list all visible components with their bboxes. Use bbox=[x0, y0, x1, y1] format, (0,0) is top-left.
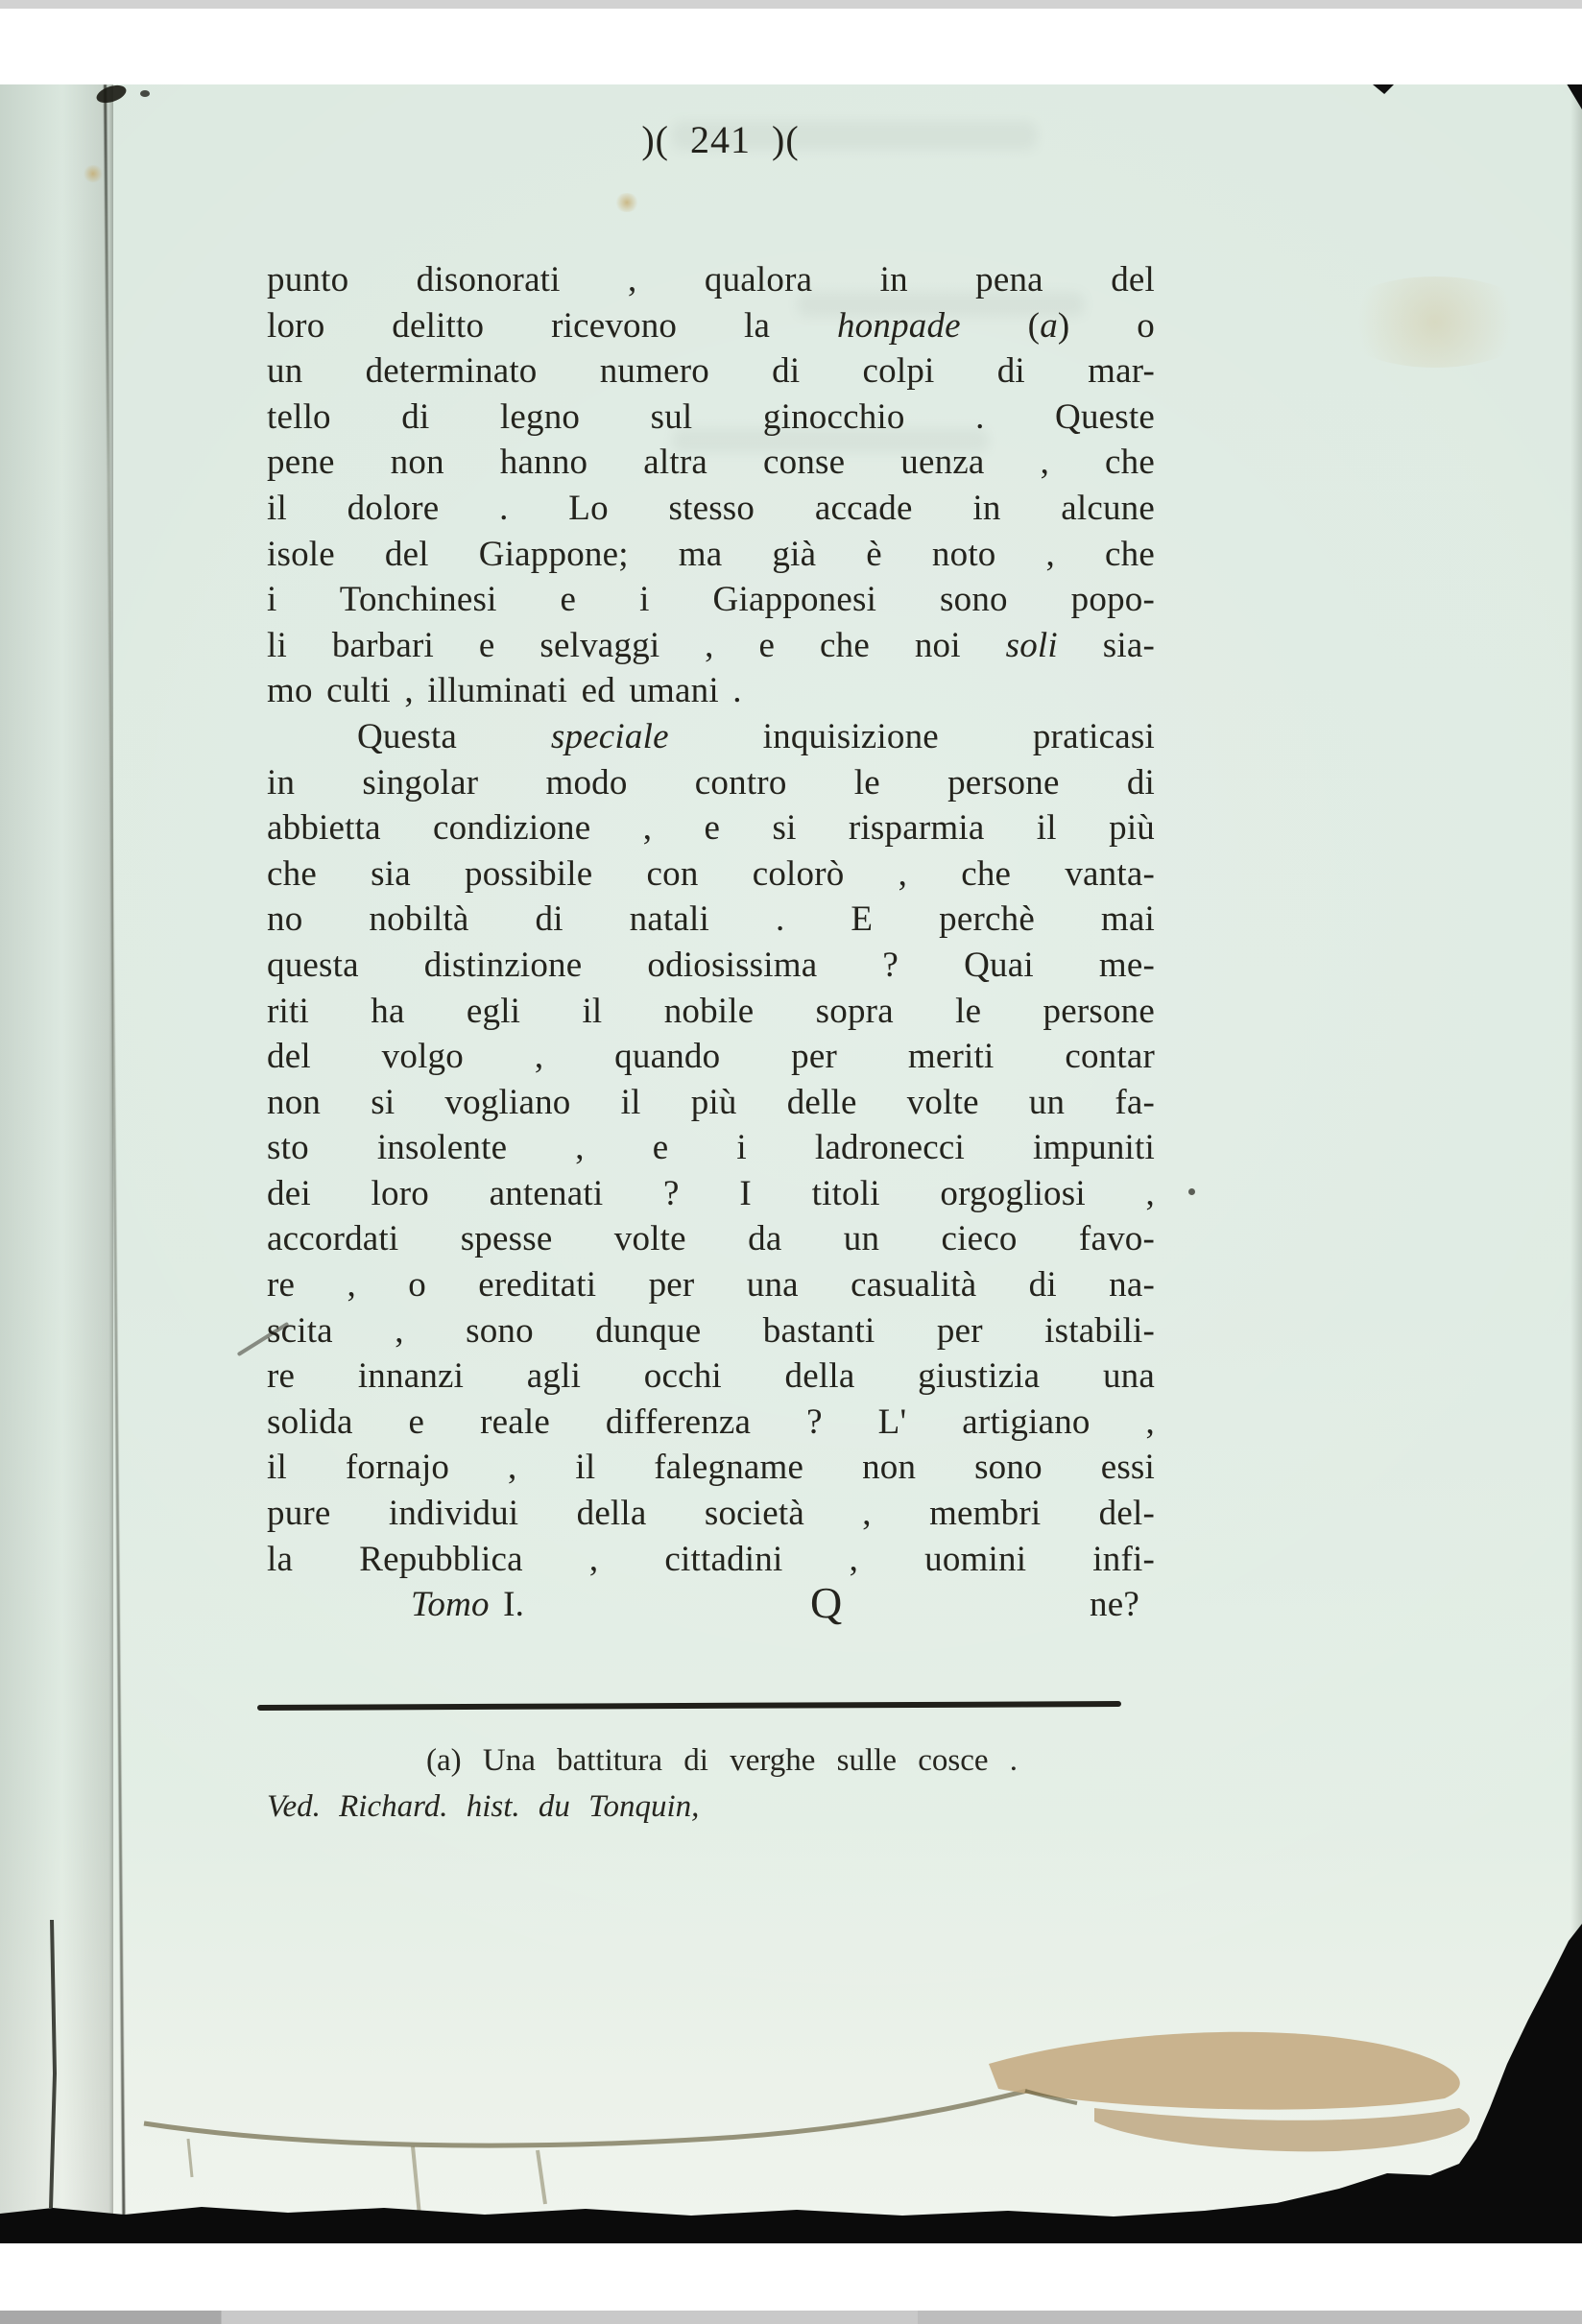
text-line: in singolar modo contro le persone di bbox=[267, 760, 1155, 806]
book-page-scan: )(241)( punto disonorati , qualora in pe… bbox=[0, 84, 1582, 2243]
white-margin-bottom bbox=[0, 2243, 1582, 2311]
damp-stain-line bbox=[144, 2091, 1027, 2145]
body-text-block: punto disonorati , qualora in pena dello… bbox=[267, 257, 1155, 1628]
bottom-crease-line bbox=[51, 1920, 55, 2208]
text-line: isole del Giappone; ma già è noto , che bbox=[267, 532, 1155, 578]
stray-ink-dot bbox=[1188, 1188, 1195, 1195]
text-line: re innanzi agli occhi della giustizia un… bbox=[267, 1354, 1155, 1400]
page-number: 241 bbox=[690, 118, 751, 161]
text-line: questa distinzione odiosissima ? Quai me… bbox=[267, 943, 1155, 989]
footnote-rule bbox=[257, 1701, 1121, 1711]
text-line: tello di legno sul ginocchio . Queste bbox=[267, 395, 1155, 441]
text-line: no nobiltà di natali . E perchè mai bbox=[267, 897, 1155, 943]
stain-drip bbox=[413, 2146, 419, 2216]
scan-border-top bbox=[0, 0, 1582, 9]
text-line: il dolore . Lo stesso accade in alcune bbox=[267, 486, 1155, 532]
paper-stain bbox=[614, 193, 639, 212]
header-left-mark: )( bbox=[641, 118, 669, 161]
text-line: abbietta condizione , e si risparmia il … bbox=[267, 805, 1155, 851]
header-right-mark: )( bbox=[772, 118, 800, 161]
text-line: il fornajo , il falegname non sono essi bbox=[267, 1445, 1155, 1491]
text-line: riti ha egli il nobile sopra le persone bbox=[267, 989, 1155, 1035]
scan-border-bottom bbox=[0, 2311, 1582, 2324]
catchword: ne? bbox=[1090, 1582, 1139, 1628]
text-line: la Repubblica , cittadini , uomini infi- bbox=[267, 1537, 1155, 1583]
ink-smudge bbox=[140, 90, 150, 97]
screenshot-root: { "page": { "header": { "left_mark": ")(… bbox=[0, 0, 1582, 2324]
text-line: solida e reale differenza ? L' artigiano… bbox=[267, 1400, 1155, 1446]
text-line: mo culti , illuminati ed umani . bbox=[267, 668, 1155, 714]
page-number-header: )(241)( bbox=[276, 117, 1164, 162]
text-line: che sia possibile con colorò , che vanta… bbox=[267, 851, 1155, 898]
text-line: scita , sono dunque bastanti per istabil… bbox=[267, 1308, 1155, 1354]
gathering-mark: Q bbox=[810, 1580, 842, 1626]
text-line: pene non hanno altra conse uenza , che bbox=[267, 440, 1155, 486]
footnote-block: (a) Una battitura di verghe sulle cosce … bbox=[267, 1737, 1155, 1830]
stain-drip bbox=[538, 2150, 545, 2204]
text-line: dei loro antenati ? I titoli orgogliosi … bbox=[267, 1171, 1155, 1217]
signature-line: Tomo I. Q ne? bbox=[267, 1582, 1155, 1628]
stain-drip bbox=[188, 2139, 192, 2177]
text-line: un determinato numero di colpi di mar- bbox=[267, 348, 1155, 395]
paper-stain bbox=[83, 165, 104, 182]
page-bottom-stains-and-tear bbox=[0, 1920, 1582, 2243]
text-line: re , o ereditati per una casualità di na… bbox=[267, 1262, 1155, 1308]
lines-container: punto disonorati , qualora in pena dello… bbox=[267, 257, 1155, 1582]
volume-label: Tomo I. bbox=[411, 1582, 524, 1628]
text-line: li barbari e selvaggi , e che noi soli s… bbox=[267, 623, 1155, 669]
text-line: punto disonorati , qualora in pena del bbox=[267, 257, 1155, 303]
text-line: i Tonchinesi e i Giapponesi sono popo- bbox=[267, 577, 1155, 623]
text-line: Questa speciale inquisizione praticasi bbox=[267, 714, 1155, 760]
curled-edge-stain bbox=[1094, 2108, 1470, 2151]
footnote-line: (a) Una battitura di verghe sulle cosce … bbox=[267, 1737, 1155, 1784]
page-edge-notch bbox=[1373, 84, 1394, 94]
text-line: accordati spesse volte da un cieco favo- bbox=[267, 1216, 1155, 1262]
text-line: sto insolente , e i ladronecci impuniti bbox=[267, 1125, 1155, 1171]
footnote-line: Ved. Richard. hist. du Tonquin, bbox=[267, 1784, 1155, 1830]
text-line: non si vogliano il più delle volte un fa… bbox=[267, 1080, 1155, 1126]
text-line: del volgo , quando per meriti contar bbox=[267, 1034, 1155, 1080]
paper-stain bbox=[1334, 276, 1536, 368]
text-line: pure individui della società , membri de… bbox=[267, 1491, 1155, 1537]
text-line: loro delitto ricevono la honpade (a) o bbox=[267, 303, 1155, 349]
